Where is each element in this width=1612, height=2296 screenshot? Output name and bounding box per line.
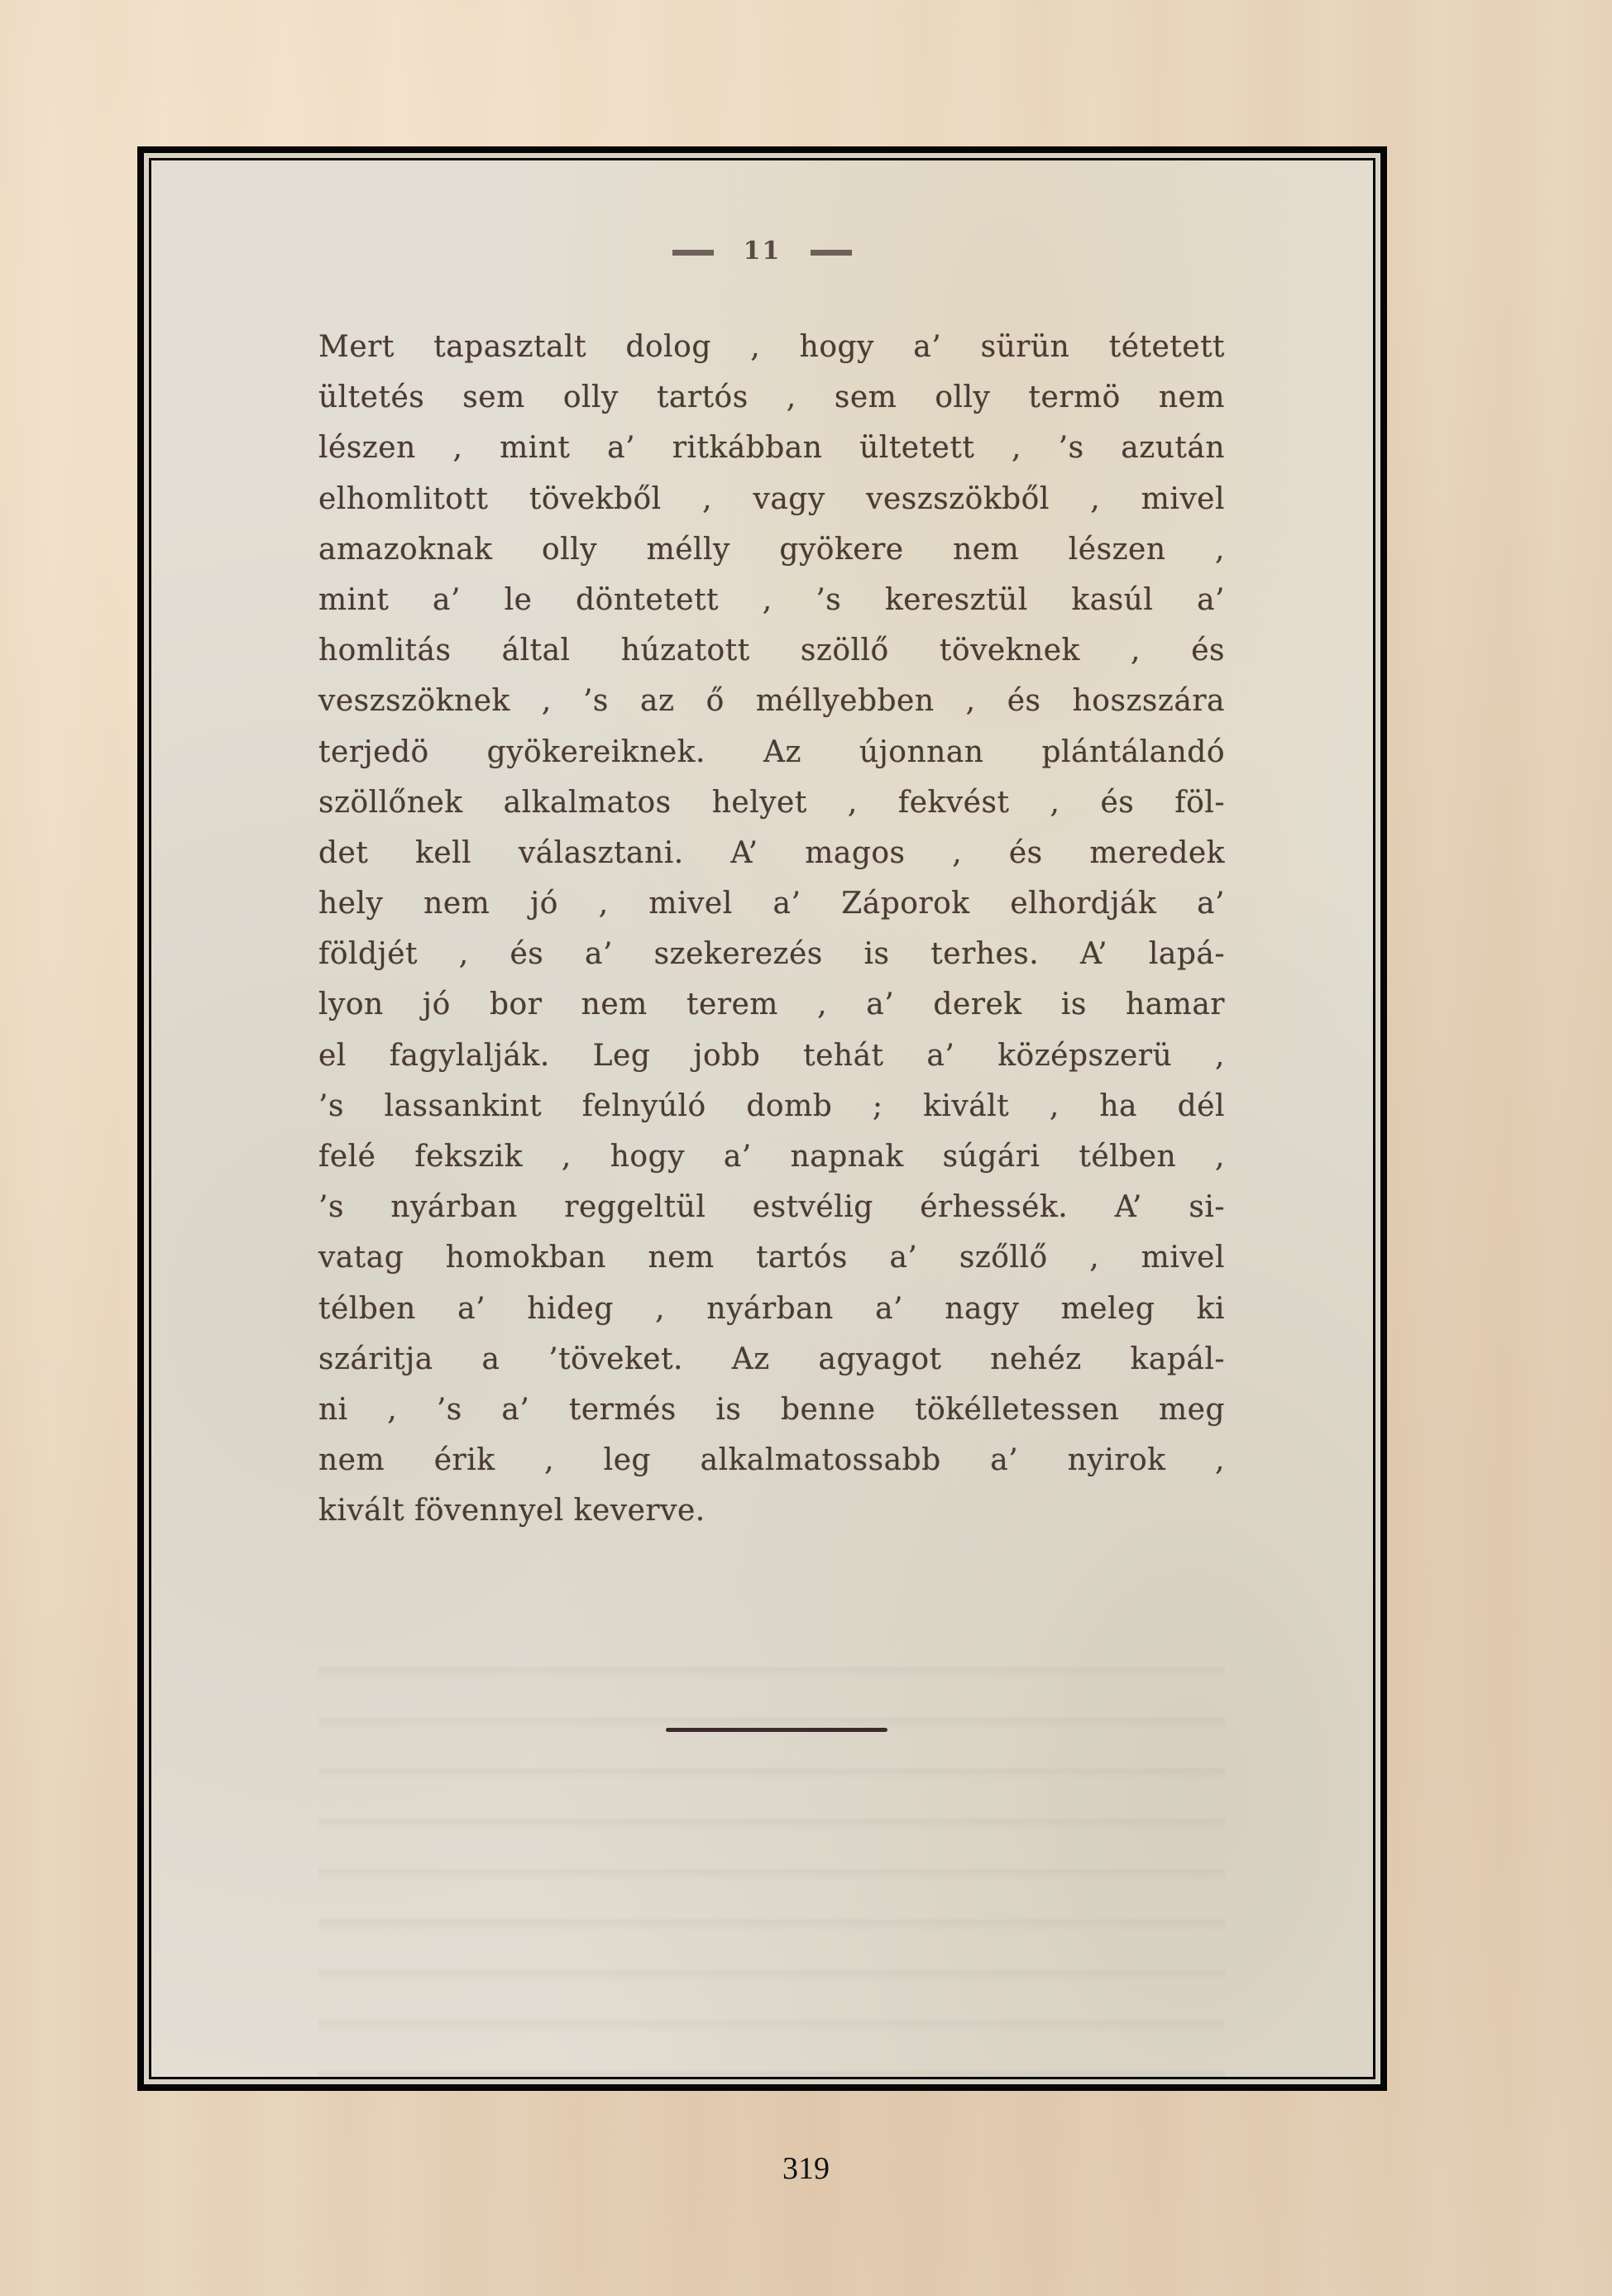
text-line: vatag homokban nem tartós a’ szőllő , mi… [318,1232,1225,1283]
text-line: el fagylalják. Leg jobb tehát a’ középsz… [318,1031,1225,1081]
text-line: ’s nyárban reggeltül estvélig érhessék. … [318,1182,1225,1232]
text-line: homlitás által húzatott szöllő töveknek … [318,625,1225,676]
page-number: 319 [0,2150,1612,2187]
text-line: kivált fövennyel keverve. [318,1485,1225,1536]
text-line: hely nem jó , mivel a’ Záporok elhordják… [318,878,1225,929]
text-line: száritja a ’töveket. Az agyagot nehéz ka… [318,1334,1225,1385]
text-line: ’s lassankint felnyúló domb ; kivált , h… [318,1081,1225,1131]
text-line: veszszöknek , ’s az ő méllyebben , és ho… [318,676,1225,726]
section-divider-rule [666,1728,887,1732]
text-line: Mert tapasztalt dolog , hogy a’ sürün té… [318,322,1225,372]
text-line: földjét , és a’ szekerezés is terhes. A’… [318,929,1225,979]
text-line: ültetés sem olly tartós , sem olly termö… [318,372,1225,423]
text-line: ni , ’s a’ termés is benne tökélletessen… [318,1385,1225,1435]
text-line: terjedö gyökereiknek. Az újonnan plántál… [318,727,1225,777]
text-line: felé fekszik , hogy a’ napnak súgári tél… [318,1131,1225,1182]
text-line: nem érik , leg alkalmatossabb a’ nyirok … [318,1435,1225,1485]
body-text: Mert tapasztalt dolog , hogy a’ sürün té… [318,322,1225,1537]
text-line: mint a’ le döntetett , ’s keresztül kasú… [318,575,1225,625]
running-header-number: 11 [744,237,782,265]
text-line: det kell választani. A’ magos , és mered… [318,828,1225,878]
text-line: amazoknak olly mélly gyökere nem lészen … [318,524,1225,575]
text-line: télben a’ hideg , nyárban a’ nagy meleg … [318,1284,1225,1334]
header-dash-left [672,250,714,256]
running-header: 11 [151,237,1373,265]
scanned-page: 11 Mert tapasztalt dolog , hogy a’ sürün… [149,158,1375,2079]
text-line: elhomlitott tövekből , vagy veszszökből … [318,474,1225,524]
text-line: szöllőnek alkalmatos helyet , fekvést , … [318,777,1225,828]
text-line: lészen , mint a’ ritkábban ültetett , ’s… [318,423,1225,473]
header-dash-right [811,250,852,256]
text-line: lyon jó bor nem terem , a’ derek is hama… [318,979,1225,1030]
page-frame-outer: 11 Mert tapasztalt dolog , hogy a’ sürün… [137,146,1387,2091]
bleed-through-texture [318,1641,1225,2079]
